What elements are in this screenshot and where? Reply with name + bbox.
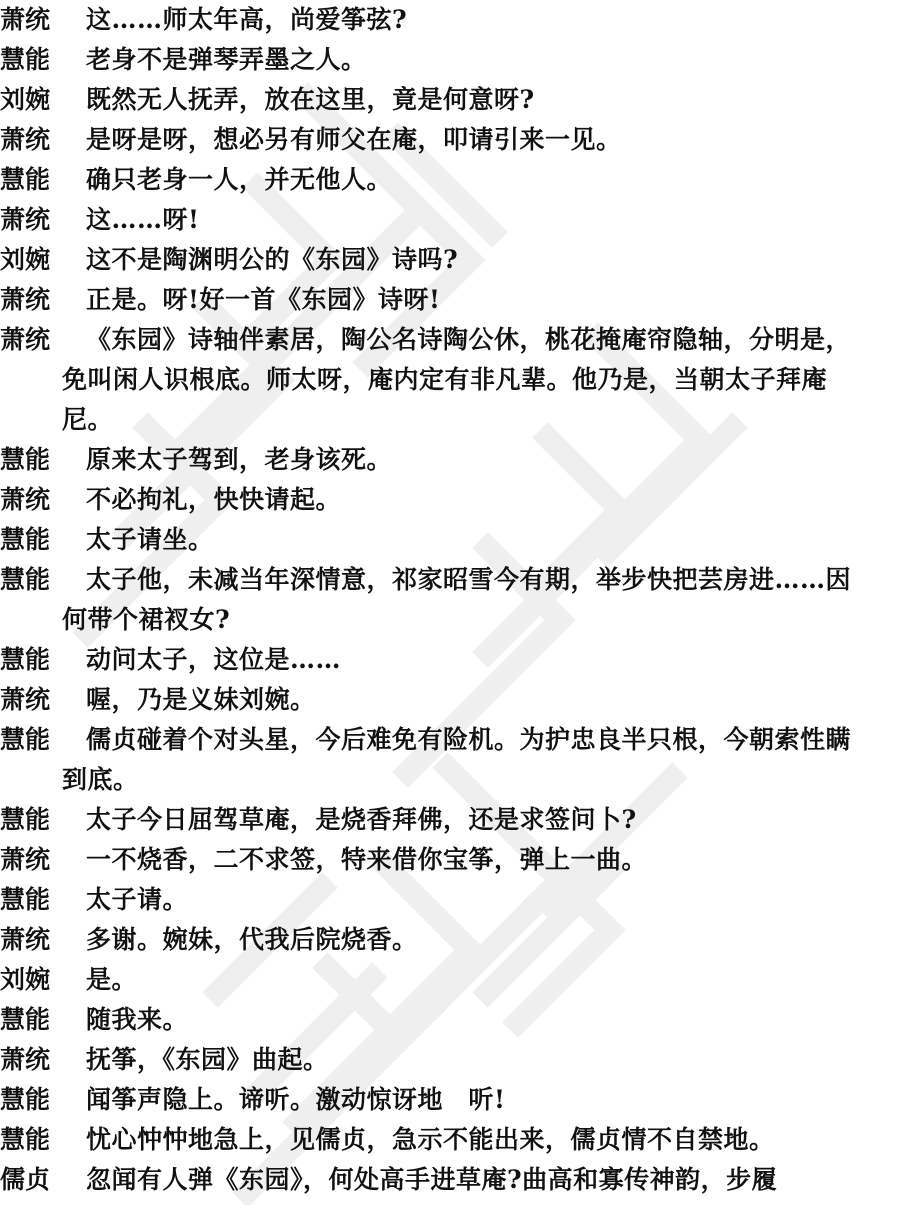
- speaker-name: 慧能: [0, 40, 86, 80]
- dialogue-line: 慧能儒贞碰着个对头星，今后难免有险机。为护忠良半只根，今朝索性瞒到底。: [0, 720, 874, 800]
- dialogue-line: 萧统喔，乃是义妹刘婉。: [0, 680, 874, 720]
- dialogue-line: 萧统《东园》诗轴伴素居，陶公名诗陶公休，桃花掩庵帘隐轴，分明是，免叫闲人识根底。…: [0, 320, 874, 440]
- speaker-name: 萧统: [0, 680, 86, 720]
- dialogue-line: 慧能随我来。: [0, 1000, 874, 1040]
- dialogue-text: 是。: [86, 965, 137, 994]
- dialogue-line: 萧统这……呀!: [0, 200, 874, 240]
- dialogue-line: 萧统是呀是呀，想必另有师父在庵，叩请引来一见。: [0, 120, 874, 160]
- speaker-name: 刘婉: [0, 960, 86, 1000]
- speaker-name: 慧能: [0, 800, 86, 840]
- dialogue-line: 刘婉这不是陶渊明公的《东园》诗吗?: [0, 240, 874, 280]
- dialogue-line: 慧能太子他，未减当年深情意，祁家昭雪今有期，举步快把芸房进……因何带个裙衩女?: [0, 560, 874, 640]
- dialogue-text: 这……师太年高，尚爱筝弦?: [86, 5, 407, 34]
- dialogue-line: 慧能太子请。: [0, 880, 874, 920]
- dialogue-text: 这不是陶渊明公的《东园》诗吗?: [86, 245, 458, 274]
- speaker-name: 慧能: [0, 560, 86, 600]
- dialogue-line: 萧统不必拘礼，快快请起。: [0, 480, 874, 520]
- dialogue-line: 萧统这……师太年高，尚爱筝弦?: [0, 0, 874, 40]
- dialogue-text: 正是。呀!好一首《东园》诗呀!: [86, 285, 440, 314]
- dialogue-text: 忧心忡忡地急上，见儒贞，急示不能出来，儒贞情不自禁地。: [86, 1125, 775, 1154]
- speaker-name: 萧统: [0, 280, 86, 320]
- speaker-name: 慧能: [0, 440, 86, 480]
- dialogue-text: 太子请。: [86, 885, 188, 914]
- dialogue-line: 慧能太子今日屈驾草庵，是烧香拜佛，还是求签问卜?: [0, 800, 874, 840]
- speaker-name: 萧统: [0, 320, 86, 360]
- speaker-name: 儒贞: [0, 1160, 86, 1200]
- speaker-name: 慧能: [0, 1120, 86, 1160]
- dialogue-text: 太子今日屈驾草庵，是烧香拜佛，还是求签问卜?: [86, 805, 637, 834]
- dialogue-line: 萧统正是。呀!好一首《东园》诗呀!: [0, 280, 874, 320]
- dialogue-text: 太子请坐。: [86, 525, 214, 554]
- dialogue-text: 原来太子驾到，老身该死。: [86, 445, 392, 474]
- script-body: 萧统这……师太年高，尚爱筝弦? 慧能老身不是弹琴弄墨之人。 刘婉既然无人抚弄，放…: [0, 0, 900, 1200]
- dialogue-text: 确只老身一人，并无他人。: [86, 165, 392, 194]
- speaker-name: 慧能: [0, 1000, 86, 1040]
- dialogue-text: 随我来。: [86, 1005, 188, 1034]
- dialogue-text: 既然无人抚弄，放在这里，竟是何意呀?: [86, 85, 535, 114]
- speaker-name: 萧统: [0, 200, 86, 240]
- dialogue-line: 慧能老身不是弹琴弄墨之人。: [0, 40, 874, 80]
- speaker-name: 慧能: [0, 160, 86, 200]
- speaker-name: 慧能: [0, 640, 86, 680]
- dialogue-text: 是呀是呀，想必另有师父在庵，叩请引来一见。: [86, 125, 622, 154]
- dialogue-line: 刘婉既然无人抚弄，放在这里，竟是何意呀?: [0, 80, 874, 120]
- dialogue-line: 慧能闻筝声隐上。谛听。激动惊讶地 听!: [0, 1080, 874, 1120]
- dialogue-text: 多谢。婉妹，代我后院烧香。: [86, 925, 418, 954]
- dialogue-line: 慧能动问太子，这位是……: [0, 640, 874, 680]
- speaker-name: 萧统: [0, 480, 86, 520]
- dialogue-text: 这……呀!: [86, 205, 199, 234]
- speaker-name: 萧统: [0, 1040, 86, 1080]
- dialogue-line: 慧能原来太子驾到，老身该死。: [0, 440, 874, 480]
- speaker-name: 慧能: [0, 1080, 86, 1120]
- speaker-name: 慧能: [0, 720, 86, 760]
- dialogue-line: 萧统抚筝，《东园》曲起。: [0, 1040, 874, 1080]
- dialogue-line: 慧能忧心忡忡地急上，见儒贞，急示不能出来，儒贞情不自禁地。: [0, 1120, 874, 1160]
- dialogue-text: 忽闻有人弹《东园》，何处高手进草庵?曲高和寡传神韵，步履: [86, 1165, 777, 1194]
- dialogue-text: 老身不是弹琴弄墨之人。: [86, 45, 367, 74]
- dialogue-text: 一不烧香，二不求签，特来借你宝筝，弹上一曲。: [86, 845, 647, 874]
- dialogue-text: 《东园》诗轴伴素居，陶公名诗陶公休，桃花掩庵帘隐轴，分明是，免叫闲人识根底。师太…: [62, 325, 851, 434]
- dialogue-text: 抚筝，《东园》曲起。: [86, 1045, 329, 1074]
- dialogue-line: 慧能确只老身一人，并无他人。: [0, 160, 874, 200]
- dialogue-line: 萧统多谢。婉妹，代我后院烧香。: [0, 920, 874, 960]
- speaker-name: 刘婉: [0, 80, 86, 120]
- dialogue-text: 动问太子，这位是……: [86, 645, 341, 674]
- dialogue-text: 闻筝声隐上。谛听。激动惊讶地 听!: [86, 1085, 505, 1114]
- speaker-name: 萧统: [0, 0, 86, 40]
- speaker-name: 慧能: [0, 880, 86, 920]
- dialogue-text: 喔，乃是义妹刘婉。: [86, 685, 316, 714]
- speaker-name: 萧统: [0, 920, 86, 960]
- dialogue-line: 儒贞忽闻有人弹《东园》，何处高手进草庵?曲高和寡传神韵，步履: [0, 1160, 874, 1200]
- speaker-name: 萧统: [0, 840, 86, 880]
- dialogue-text: 不必拘礼，快快请起。: [86, 485, 341, 514]
- dialogue-text: 儒贞碰着个对头星，今后难免有险机。为护忠良半只根，今朝索性瞒到底。: [62, 725, 851, 794]
- speaker-name: 慧能: [0, 520, 86, 560]
- speaker-name: 刘婉: [0, 240, 86, 280]
- speaker-name: 萧统: [0, 120, 86, 160]
- dialogue-line: 刘婉是。: [0, 960, 874, 1000]
- dialogue-text: 太子他，未减当年深情意，祁家昭雪今有期，举步快把芸房进……因何带个裙衩女?: [62, 565, 851, 634]
- dialogue-line: 萧统一不烧香，二不求签，特来借你宝筝，弹上一曲。: [0, 840, 874, 880]
- dialogue-line: 慧能太子请坐。: [0, 520, 874, 560]
